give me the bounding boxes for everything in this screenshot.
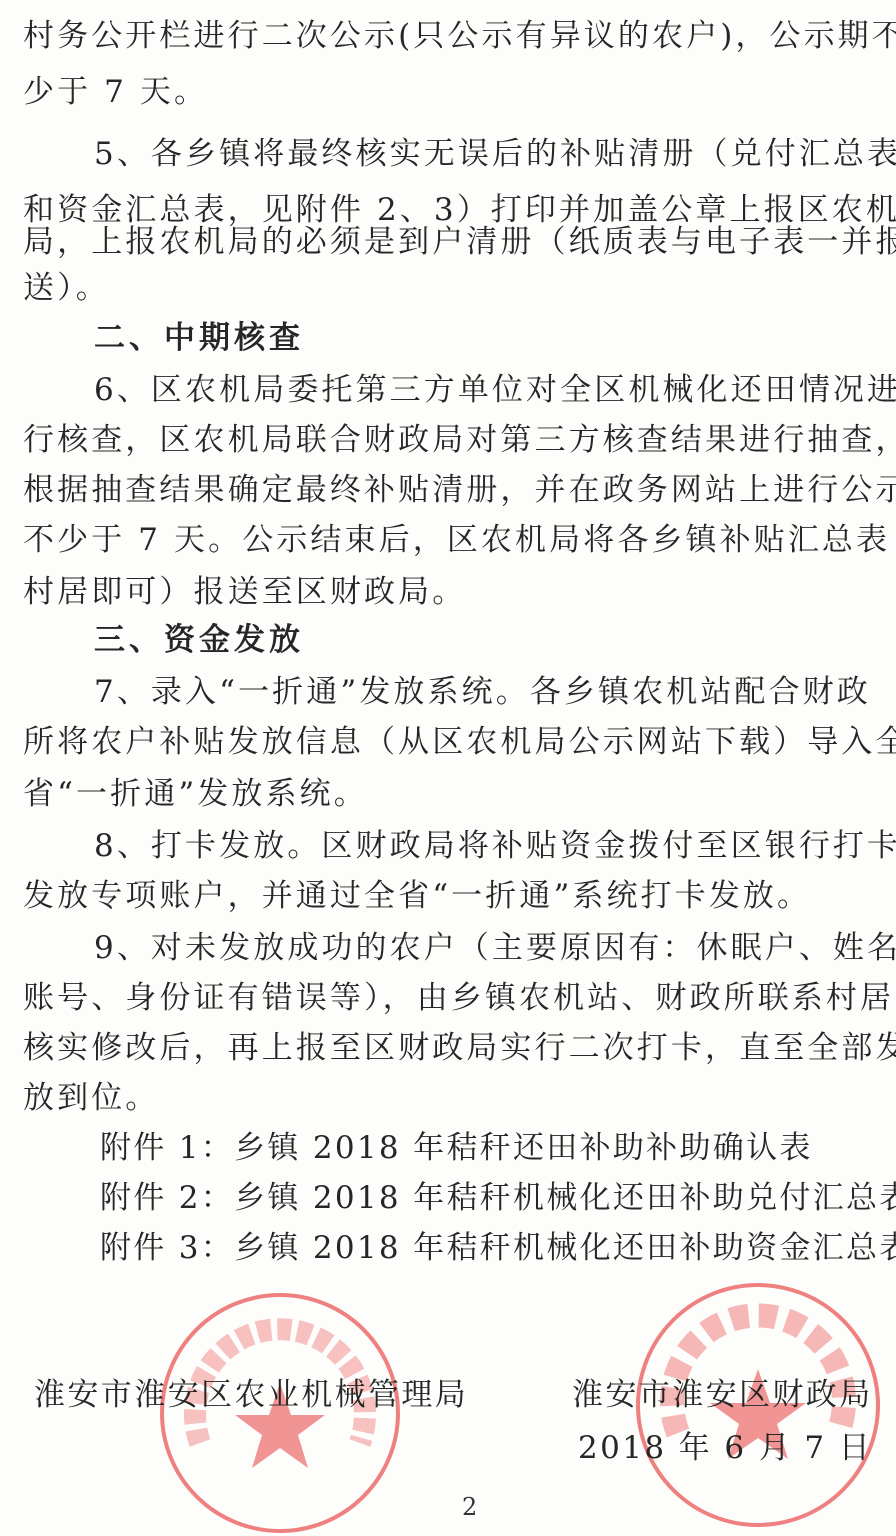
text-line: 村居即可）报送至区财政局。 (23, 572, 883, 612)
text-line: 局，上报农机局的必须是到户清册（纸质表与电子表一并报 (23, 222, 883, 262)
attachment-2: 附件 2：乡镇 2018 年秸秆机械化还田补助兑付汇总表 (100, 1178, 896, 1218)
section-heading-interim-check: 二、中期核查 (94, 318, 896, 358)
attachment-3: 附件 3：乡镇 2018 年秸秆机械化还田补助资金汇总表 (100, 1228, 896, 1268)
paragraph-7-start: 7、录入“一折通”发放系统。各乡镇农机站配合财政 (94, 672, 896, 712)
text-line: 根据抽查结果确定最终补贴清册，并在政务网站上进行公示 (23, 470, 883, 510)
text-line: 少于 7 天。 (23, 72, 883, 112)
text-line: 送）。 (23, 268, 883, 308)
paragraph-9-start: 9、对未发放成功的农户（主要原因有：休眠户、姓名、 (94, 928, 896, 968)
text-line: 所将农户补贴发放信息（从区农机局公示网站下载）导入全 (23, 722, 883, 762)
paragraph-5-start: 5、各乡镇将最终核实无误后的补贴清册（兑付汇总表 (94, 134, 896, 174)
attachment-1: 附件 1：乡镇 2018 年秸秆还田补助补助确认表 (100, 1128, 896, 1168)
paragraph-8-start: 8、打卡发放。区财政局将补贴资金拨付至区银行打卡 (94, 826, 896, 866)
section-heading-fund-distribution: 三、资金发放 (94, 620, 896, 660)
text-line: 不少于 7 天。公示结束后，区农机局将各乡镇补贴汇总表（到 (23, 520, 883, 560)
text-line: 发放专项账户，并通过全省“一折通”系统打卡发放。 (23, 876, 883, 916)
document-date: 2018 年 6 月 7 日 (578, 1428, 872, 1468)
signature-finance-bureau: 淮安市淮安区财政局 (572, 1375, 873, 1415)
signature-agri-machinery-bureau: 淮安市淮安区农业机械管理局 (34, 1375, 468, 1415)
text-line: 核实修改后，再上报至区财政局实行二次打卡，直至全部发 (23, 1028, 883, 1068)
paragraph-6-start: 6、区农机局委托第三方单位对全区机械化还田情况进 (94, 370, 896, 410)
text-line: 账号、身份证有错误等），由乡镇农机站、财政所联系村居 (23, 978, 883, 1018)
text-line: 行核查，区农机局联合财政局对第三方核查结果进行抽查， (23, 420, 883, 460)
text-line: 放到位。 (23, 1078, 883, 1118)
page-number: 2 (462, 1492, 477, 1522)
text-line: 村务公开栏进行二次公示(只公示有异议的农户)，公示期不 (23, 16, 883, 56)
text-line: 省“一折通”发放系统。 (23, 774, 883, 814)
document-page: 村务公开栏进行二次公示(只公示有异议的农户)，公示期不 少于 7 天。 5、各乡… (0, 0, 896, 1536)
